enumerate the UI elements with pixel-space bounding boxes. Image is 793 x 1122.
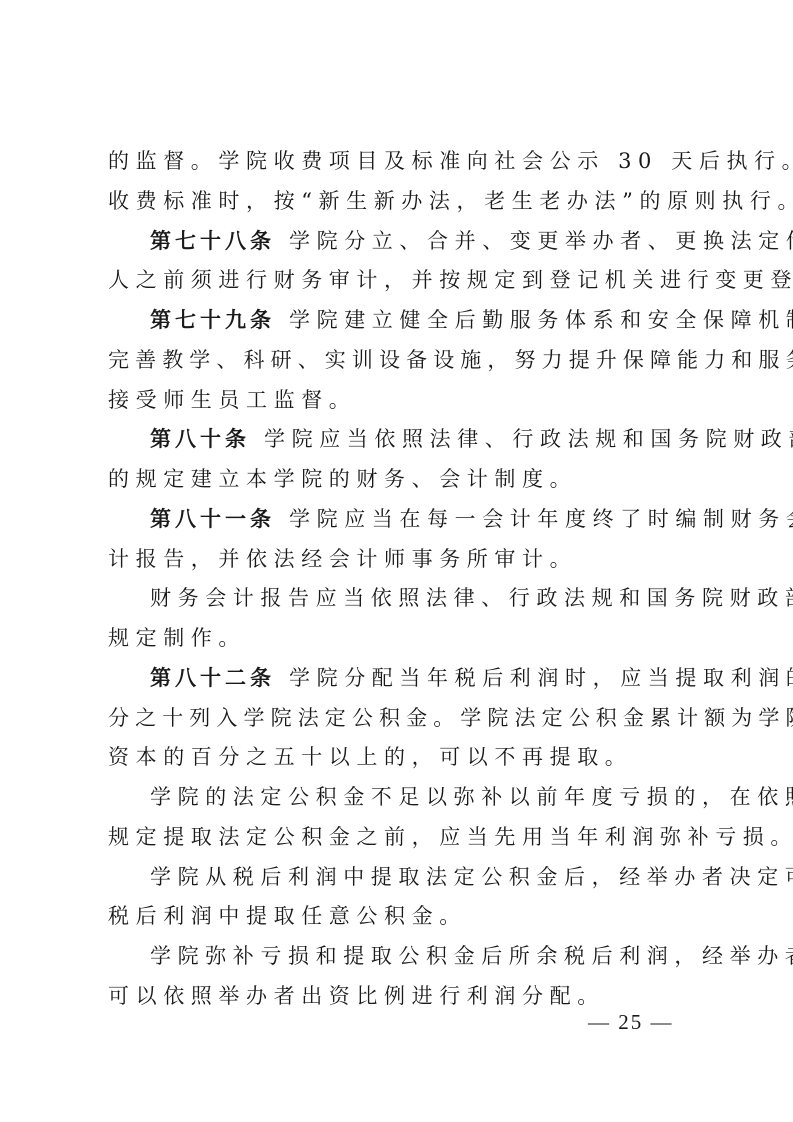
line-text: 学院的法定公积金不足以弥补以前年度亏损的，在依照前款: [150, 785, 793, 809]
line-text: 收费标准时，按“新生新办法，老生老办法”的原则执行。: [108, 189, 793, 213]
line-text: 学院应当在每一会计年度终了时编制财务会: [289, 507, 793, 531]
line-text: 税后利润中提取任意公积金。: [108, 904, 467, 928]
text-line: 分之十列入学院法定公积金。学院法定公积金累计额为学院注册: [108, 703, 698, 743]
article-number: 第八十一条: [150, 506, 275, 531]
line-text: 的监督。学院收费项目及标准向社会公示 30 天后执行。学院调整: [108, 149, 793, 173]
line-text: 接受师生员工监督。: [108, 388, 356, 412]
document-body: 的监督。学院收费项目及标准向社会公示 30 天后执行。学院调整 收费标准时，按“…: [108, 146, 698, 1021]
article-82-heading-line: 第八十二条学院分配当年税后利润时，应当提取利润的百: [108, 663, 698, 703]
line-text: 学院从税后利润中提取法定公积金后，经举办者决定可以从: [150, 865, 793, 889]
text-line: 的规定建立本学院的财务、会计制度。: [108, 464, 698, 504]
text-line: 学院弥补亏损和提取公积金后所余税后利润，经举办者决定: [108, 941, 698, 981]
line-text: 学院弥补亏损和提取公积金后所余税后利润，经举办者决定: [150, 944, 793, 968]
line-text: 学院应当依照法律、行政法规和国务院财政部门: [264, 427, 793, 451]
article-number: 第八十二条: [150, 665, 275, 690]
article-80-heading-line: 第八十条学院应当依照法律、行政法规和国务院财政部门: [108, 424, 698, 464]
text-line: 收费标准时，按“新生新办法，老生老办法”的原则执行。: [108, 186, 698, 226]
text-line: 规定制作。: [108, 623, 698, 663]
article-number: 第八十条: [150, 426, 250, 451]
text-line: 人之前须进行财务审计，并按规定到登记机关进行变更登记。: [108, 265, 698, 305]
text-line: 税后利润中提取任意公积金。: [108, 901, 698, 941]
text-line: 计报告，并依法经会计师事务所审计。: [108, 544, 698, 584]
line-text: 规定制作。: [108, 626, 246, 650]
line-text: 资本的百分之五十以上的，可以不再提取。: [108, 745, 632, 769]
text-line: 接受师生员工监督。: [108, 385, 698, 425]
text-line: 学院的法定公积金不足以弥补以前年度亏损的，在依照前款: [108, 782, 698, 822]
line-text: 规定提取法定公积金之前，应当先用当年利润弥补亏损。: [108, 825, 793, 849]
line-text: 计报告，并依法经会计师事务所审计。: [108, 547, 577, 571]
article-81-heading-line: 第八十一条学院应当在每一会计年度终了时编制财务会: [108, 504, 698, 544]
line-text: 学院分配当年税后利润时，应当提取利润的百: [289, 666, 793, 690]
line-text: 财务会计报告应当依照法律、行政法规和国务院财政部门的: [150, 586, 793, 610]
line-text: 完善教学、科研、实训设备设施，努力提升保障能力和服务水平，: [108, 348, 793, 372]
line-text: 学院分立、合并、变更举办者、更换法定代表: [289, 229, 793, 253]
line-text: 可以依照举办者出资比例进行利润分配。: [108, 984, 605, 1008]
text-line: 的监督。学院收费项目及标准向社会公示 30 天后执行。学院调整: [108, 146, 698, 186]
line-text: 学院建立健全后勤服务体系和安全保障机制，: [289, 308, 793, 332]
article-number: 第七十八条: [150, 228, 275, 253]
text-line: 资本的百分之五十以上的，可以不再提取。: [108, 742, 698, 782]
line-text: 人之前须进行财务审计，并按规定到登记机关进行变更登记。: [108, 268, 793, 292]
line-text: 分之十列入学院法定公积金。学院法定公积金累计额为学院注册: [108, 706, 793, 730]
article-79-heading-line: 第七十九条学院建立健全后勤服务体系和安全保障机制，: [108, 305, 698, 345]
article-78-heading-line: 第七十八条学院分立、合并、变更举办者、更换法定代表: [108, 226, 698, 266]
text-line: 学院从税后利润中提取法定公积金后，经举办者决定可以从: [108, 862, 698, 902]
article-number: 第七十九条: [150, 307, 275, 332]
text-line: 完善教学、科研、实训设备设施，努力提升保障能力和服务水平，: [108, 345, 698, 385]
text-line: 规定提取法定公积金之前，应当先用当年利润弥补亏损。: [108, 822, 698, 862]
page-number: — 25 —: [588, 1010, 674, 1035]
text-line: 财务会计报告应当依照法律、行政法规和国务院财政部门的: [108, 583, 698, 623]
line-text: 的规定建立本学院的财务、会计制度。: [108, 467, 577, 491]
